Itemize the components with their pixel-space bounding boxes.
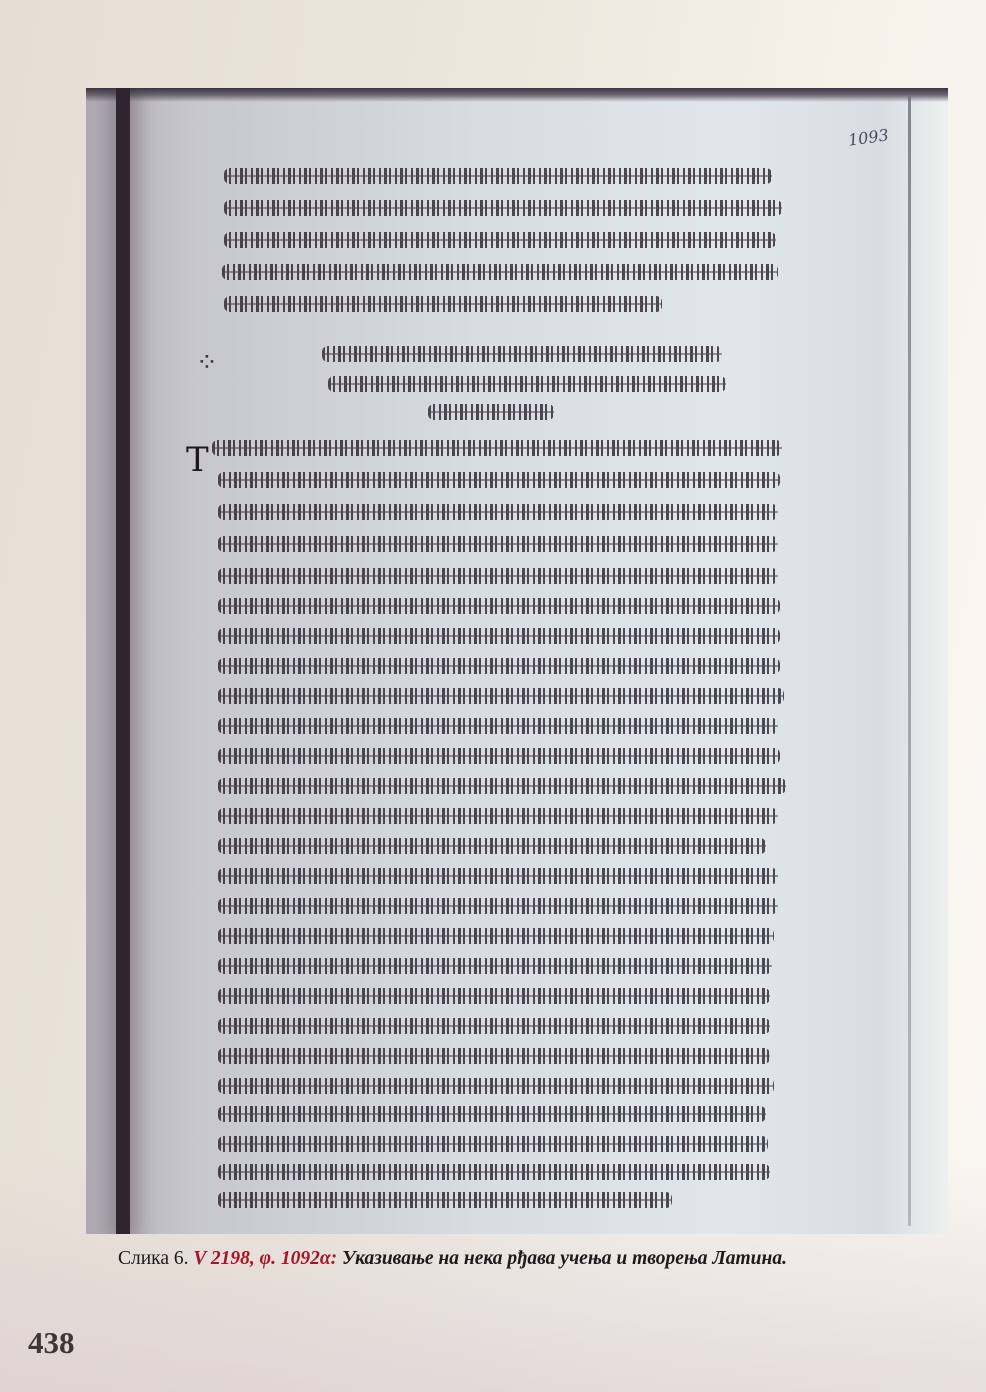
manuscript-line xyxy=(218,598,780,614)
manuscript-line xyxy=(218,1078,774,1094)
manuscript-line xyxy=(218,838,766,854)
caption-reference: V 2198, φ. 1092α: xyxy=(193,1248,337,1269)
manuscript-right-ruling xyxy=(908,96,911,1226)
manuscript-line xyxy=(218,928,774,944)
manuscript-line xyxy=(224,200,782,216)
manuscript-line xyxy=(218,958,772,974)
page-number: 438 xyxy=(28,1325,75,1361)
manuscript-line xyxy=(218,868,778,884)
manuscript-line xyxy=(218,472,780,488)
manuscript-line xyxy=(218,1136,768,1152)
manuscript-line xyxy=(218,988,770,1004)
figure-caption: Слика 6. V 2198, φ. 1092α: Указивање на … xyxy=(118,1248,787,1270)
manuscript-title-line xyxy=(322,346,722,362)
manuscript-line xyxy=(218,808,778,824)
folio-number: 1093 xyxy=(847,125,890,149)
manuscript-line xyxy=(218,1106,766,1122)
manuscript-line xyxy=(218,688,784,704)
manuscript-photograph: 1093 ⁘ T xyxy=(86,88,948,1234)
manuscript-line xyxy=(218,1018,770,1034)
manuscript-line xyxy=(218,898,778,914)
manuscript-title-line xyxy=(428,404,554,420)
manuscript-binding-gutter xyxy=(116,88,130,1234)
manuscript-line xyxy=(218,568,778,584)
manuscript-line xyxy=(218,718,778,734)
manuscript-line xyxy=(218,628,780,644)
caption-label: Слика 6. xyxy=(118,1248,189,1269)
manuscript-line xyxy=(218,1048,770,1064)
manuscript-line xyxy=(222,264,778,280)
manuscript-line xyxy=(224,168,772,184)
photo-top-edge xyxy=(86,88,948,102)
manuscript-line xyxy=(218,504,778,520)
caption-description: Указивање на нека рђава учења и творења … xyxy=(342,1248,787,1269)
manuscript-line xyxy=(218,1164,770,1180)
ornament-mark: ⁘ xyxy=(196,348,220,378)
manuscript-line xyxy=(218,778,786,794)
manuscript-line xyxy=(218,536,778,552)
manuscript-line xyxy=(218,748,780,764)
decorated-initial: T xyxy=(186,440,209,480)
manuscript-line xyxy=(224,232,776,248)
manuscript-title-line xyxy=(328,376,726,392)
manuscript-line xyxy=(218,658,780,674)
manuscript-line xyxy=(212,440,782,456)
manuscript-line xyxy=(218,1192,672,1208)
manuscript-line xyxy=(224,296,662,312)
